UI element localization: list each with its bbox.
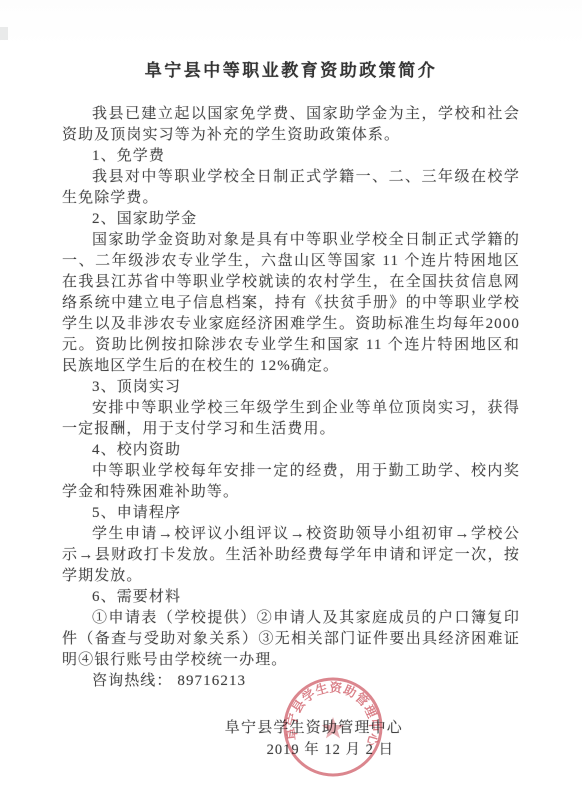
paragraph: 安排中等职业学校三年级学生到企业等单位顶岗实习，获得一定报酬，用于支付学习和生活… — [62, 398, 520, 440]
paragraph: 5、申请程序 — [62, 503, 520, 524]
document-page: 阜宁县中等职业教育资助政策简介 我县已建立起以国家免学费、国家助学金为主，学校和… — [0, 0, 582, 800]
paragraph: 3、顶岗实习 — [62, 377, 520, 398]
scan-artifact — [0, 27, 8, 40]
paragraph: 4、校内资助 — [62, 440, 520, 461]
paragraph: 国家助学金资助对象是具有中等职业学校全日制正式学籍的一、二年级涉农专业学生，六盘… — [62, 230, 520, 377]
document-title: 阜宁县中等职业教育资助政策简介 — [62, 56, 520, 81]
paragraph: 中等职业学校每年安排一定的经费，用于勤工助学、校内奖学金和特殊困难补助等。 — [62, 461, 520, 503]
paragraph: 我县对中等职业学校全日制正式学籍一、二、三年级在校学生免除学费。 — [62, 167, 520, 209]
paragraph: 2、国家助学金 — [62, 209, 520, 230]
signature-date: 2019 年 12 月 2 日 — [62, 739, 520, 761]
paragraph: 咨询热线： 89716213 — [62, 671, 520, 692]
paragraph: 6、需要材料 — [62, 587, 520, 608]
paragraph: 我县已建立起以国家免学费、国家助学金为主，学校和社会资助及顶岗实习等为补充的学生… — [62, 104, 520, 146]
document-body: 我县已建立起以国家免学费、国家助学金为主，学校和社会资助及顶岗实习等为补充的学生… — [62, 104, 520, 692]
signature-block: 阜宁县学生资助管理中心 2019 年 12 月 2 日 — [62, 717, 520, 761]
paragraph: 学生申请→校评议小组评议→校资助领导小组初审→学校公示→县财政打卡发放。生活补助… — [62, 524, 520, 587]
paragraph: ①申请表（学校提供）②申请人及其家庭成员的户口簿复印件（备查与受助对象关系）③无… — [62, 608, 520, 671]
paragraph: 1、免学费 — [62, 146, 520, 167]
signature-org: 阜宁县学生资助管理中心 — [62, 717, 520, 739]
